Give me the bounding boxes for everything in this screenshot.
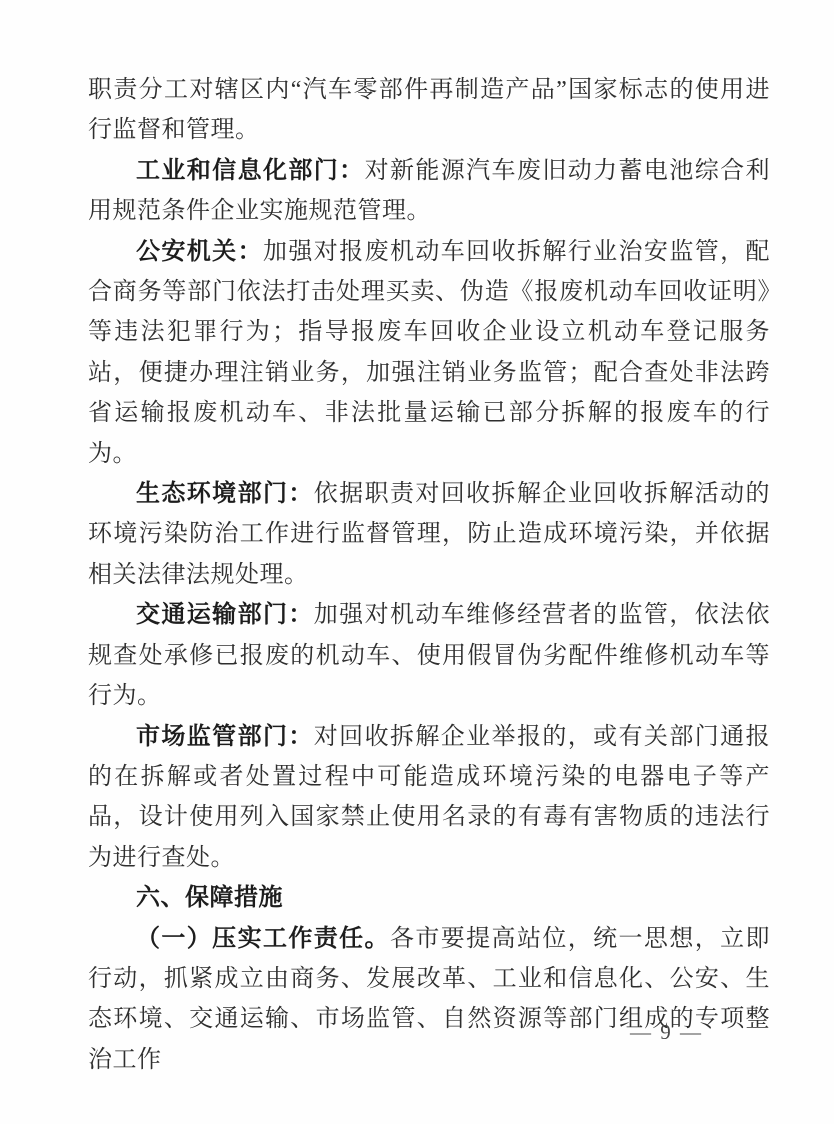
- paragraph: 职责分工对辖区内“汽车零部件再制造产品”国家标志的使用进行监督和管理。: [88, 70, 770, 151]
- text-run: 加强对报废机动车回收拆解行业治安监管，配合商务等部门依法打击处理买卖、伪造《报废…: [88, 239, 770, 467]
- bold-text-run: 公安机关：: [136, 239, 263, 265]
- page-number: — 9 —: [630, 1020, 715, 1045]
- bold-text-run: 生态环境部门：: [136, 481, 314, 507]
- paragraph: 公安机关：加强对报废机动车回收拆解行业治安监管，配合商务等部门依法打击处理买卖、…: [88, 232, 770, 474]
- paragraph: 市场监管部门：对回收拆解企业举报的，或有关部门通报的在拆解或者处置过程中可能造成…: [88, 717, 770, 879]
- section-heading: 六、保障措施: [88, 878, 770, 918]
- paragraph: 工业和信息化部门：对新能源汽车废旧动力蓄电池综合利用规范条件企业实施规范管理。: [88, 151, 770, 232]
- paragraph: （一）压实工作责任。各市要提高站位，统一思想，立即行动，抓紧成立由商务、发展改革…: [88, 919, 770, 1081]
- document-page: 职责分工对辖区内“汽车零部件再制造产品”国家标志的使用进行监督和管理。工业和信息…: [0, 0, 834, 1124]
- bold-text-run: 六、保障措施: [136, 885, 283, 911]
- text-run: 职责分工对辖区内“汽车零部件再制造产品”国家标志的使用进行监督和管理。: [88, 77, 770, 143]
- document-body: 职责分工对辖区内“汽车零部件再制造产品”国家标志的使用进行监督和管理。工业和信息…: [88, 70, 770, 1080]
- paragraph: 交通运输部门：加强对机动车维修经营者的监管，依法依规查处承修已报废的机动车、使用…: [88, 595, 770, 716]
- bold-text-run: 市场监管部门：: [136, 724, 314, 750]
- bold-text-run: 交通运输部门：: [136, 602, 314, 628]
- bold-text-run: 工业和信息化部门：: [136, 158, 365, 184]
- paragraph: 生态环境部门：依据职责对回收拆解企业回收拆解活动的环境污染防治工作进行监督管理，…: [88, 474, 770, 595]
- bold-text-run: （一）压实工作责任。: [136, 926, 390, 952]
